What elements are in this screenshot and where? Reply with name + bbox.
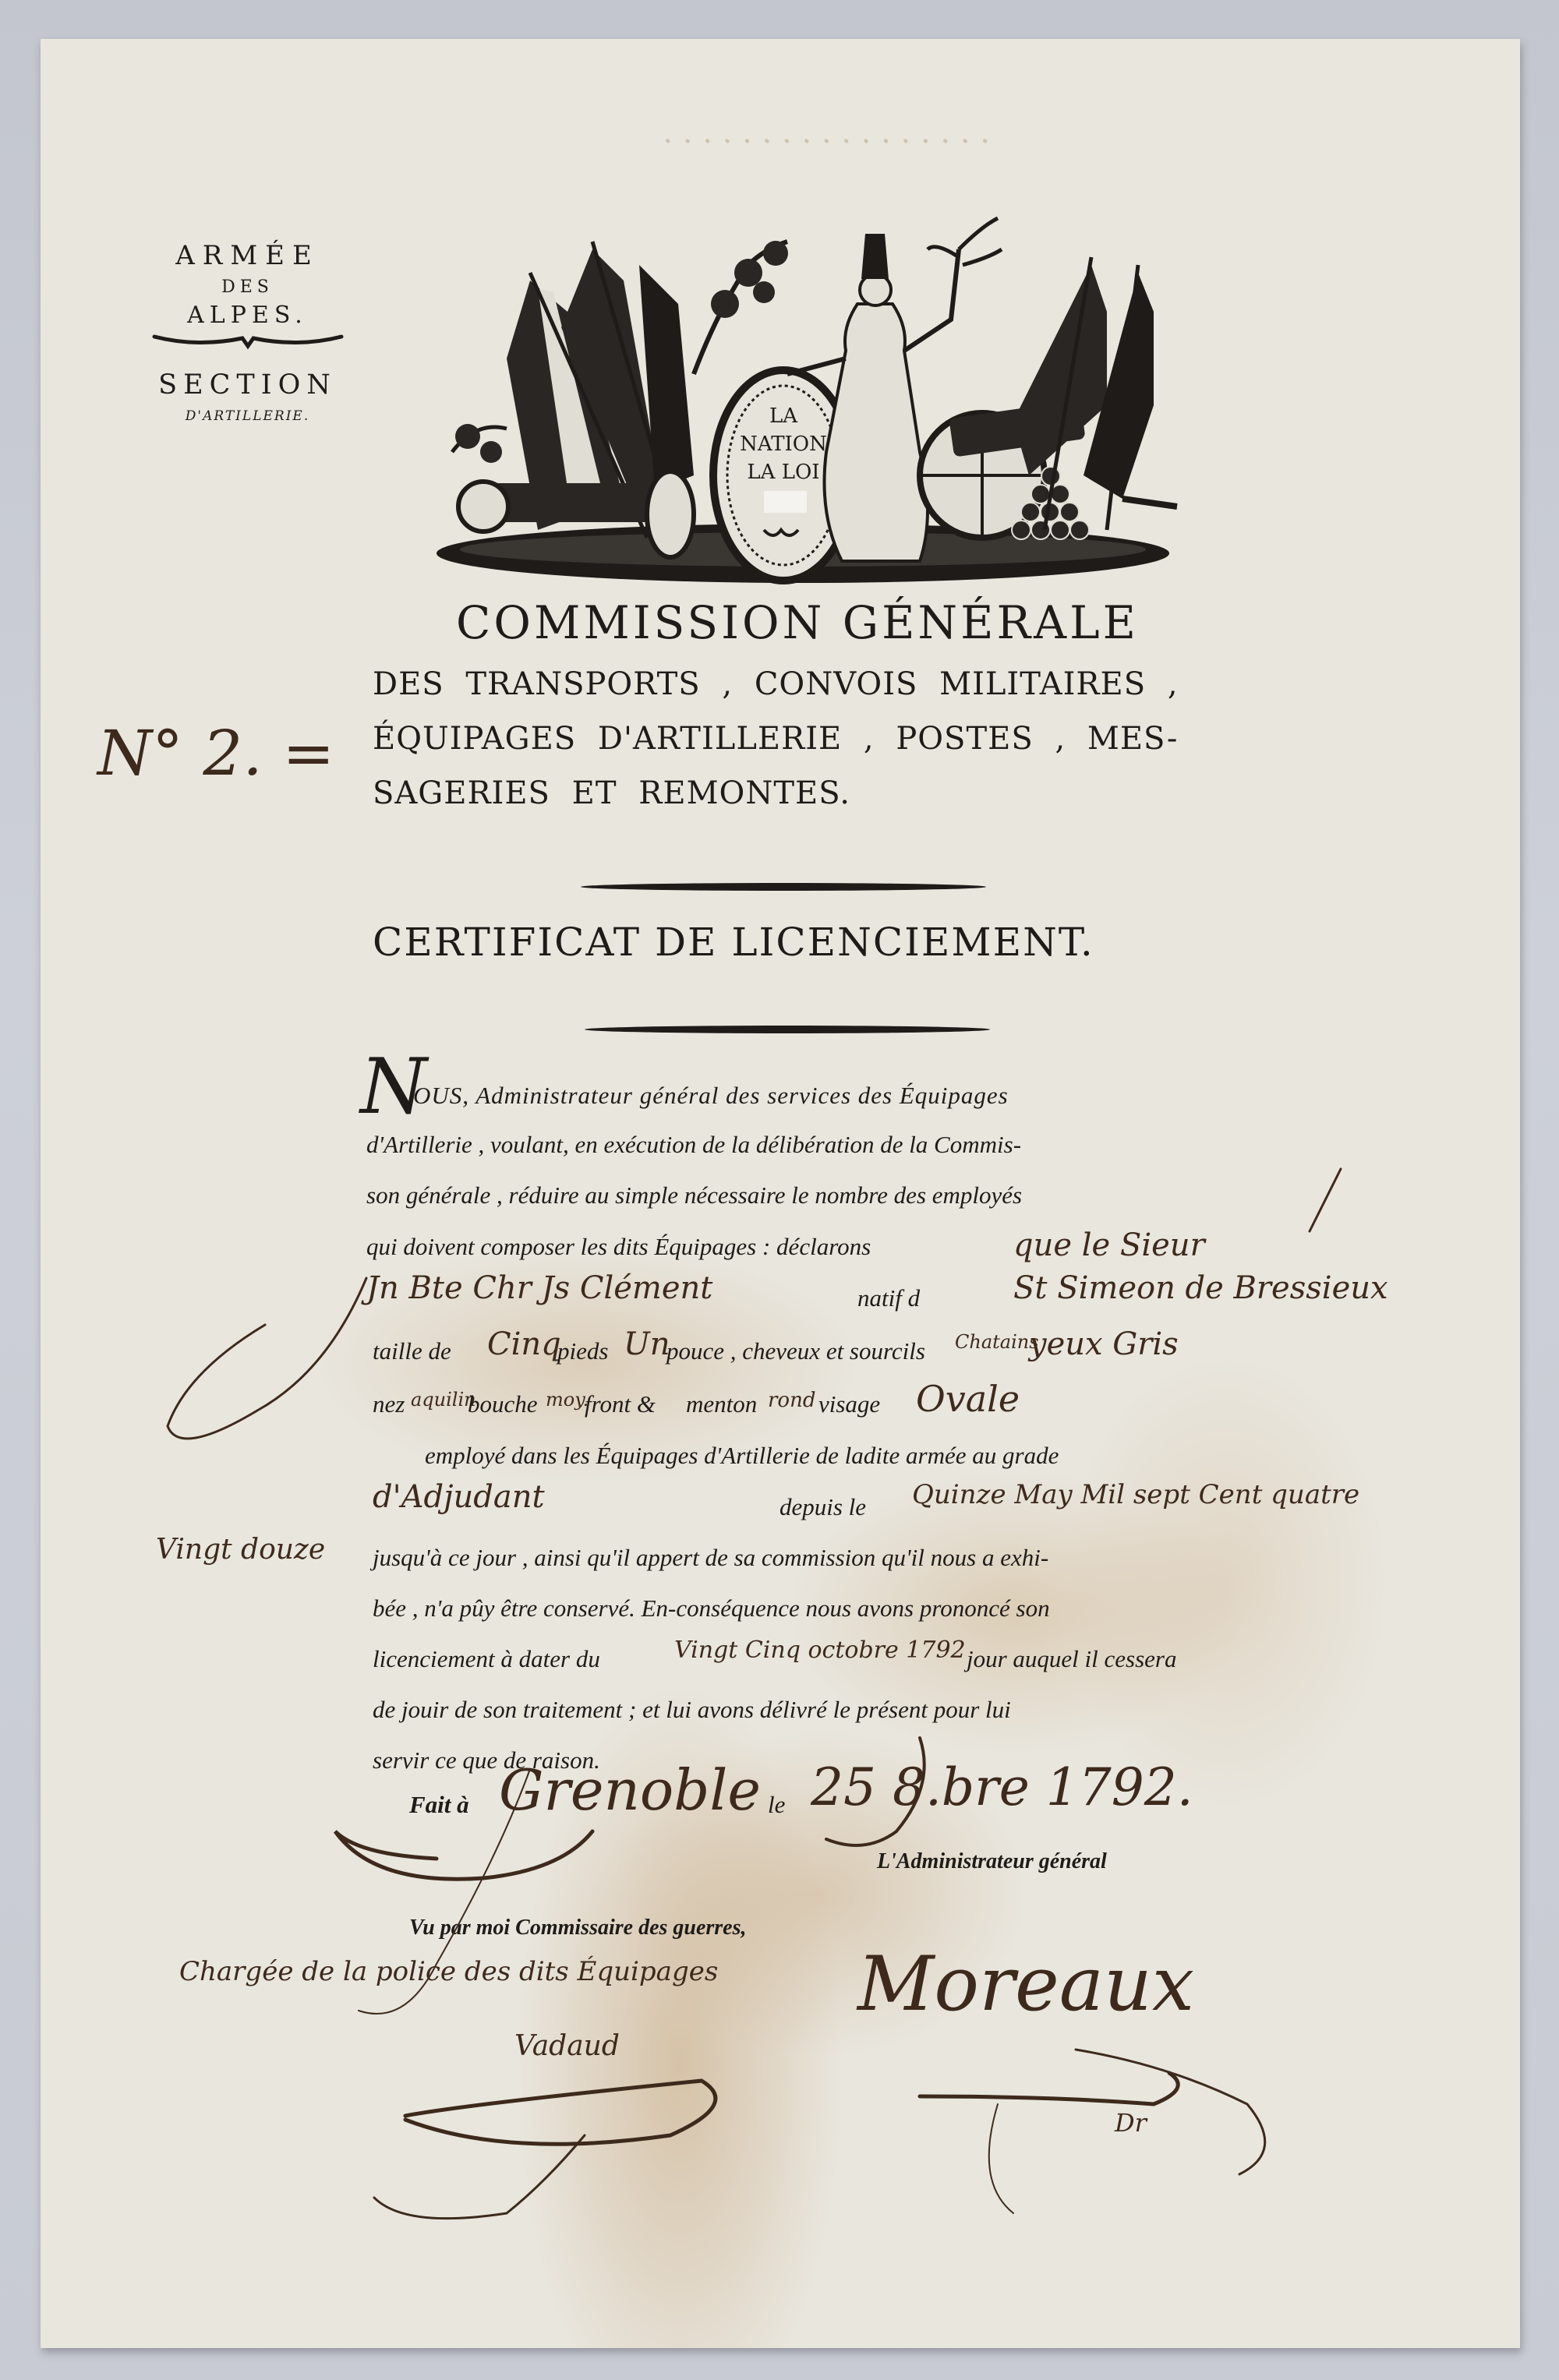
handwriting-flourishes (0, 0, 1559, 2380)
